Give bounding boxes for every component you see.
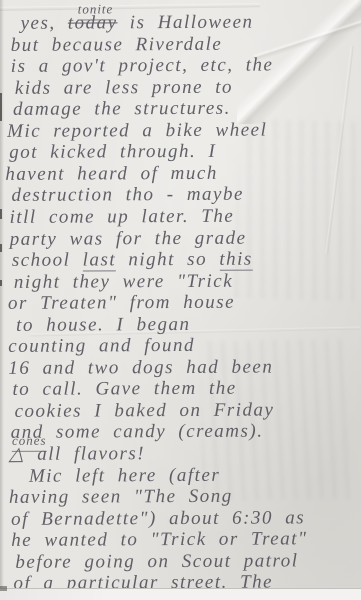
handwritten-text: night they were "Trick bbox=[14, 270, 233, 292]
handwritten-text: school bbox=[12, 250, 83, 271]
handwritten-text: to house. I began bbox=[16, 314, 190, 336]
handwritten-line: yes, todaytonite is Halloween bbox=[20, 12, 253, 34]
handwritten-line: is a gov't project, etc, the bbox=[11, 55, 274, 77]
handwritten-text: havent heard of much bbox=[5, 163, 218, 185]
handwritten-line: or Treaten" from house bbox=[8, 292, 235, 314]
handwritten-line: damage the structures. bbox=[13, 98, 231, 120]
handwritten-line: Mic left here (after bbox=[29, 464, 220, 486]
handwritten-text: got kicked through. I bbox=[9, 141, 216, 163]
handwritten-line: destruction tho - maybe bbox=[11, 184, 244, 206]
handwritten-line: before going on Scout patrol bbox=[15, 550, 298, 572]
handwritten-line: of Bernadette") about 6:30 as bbox=[11, 507, 305, 530]
handwritten-text: of Bernadette") about 6:30 as bbox=[11, 507, 305, 530]
handwritten-text: Mic reported a bike wheel bbox=[7, 119, 267, 141]
handwritten-line: school last night so this bbox=[12, 249, 253, 271]
handwritten-line: he wanted to "Trick or Treat" bbox=[11, 529, 307, 552]
handwritten-text: but because Riverdale bbox=[11, 33, 223, 55]
handwritten-line: 16 and two dogs had been bbox=[8, 356, 273, 378]
handwritten-line: to call. Gave them the bbox=[12, 378, 236, 400]
handwritten-text: having seen "The Song bbox=[9, 486, 233, 508]
paper-bottom-edge bbox=[0, 588, 361, 600]
handwritten-line: having seen "The Song bbox=[9, 486, 233, 508]
handwritten-text: to call. Gave them the bbox=[12, 378, 236, 400]
handwritten-text: night so bbox=[116, 249, 219, 271]
handwritten-line: got kicked through. I bbox=[9, 141, 216, 163]
handwritten-text: and some candy (creams). bbox=[11, 421, 264, 443]
handwritten-line: Mic reported a bike wheel bbox=[7, 119, 267, 141]
handwritten-line: but because Riverdale bbox=[11, 33, 223, 55]
handwritten-line: havent heard of much bbox=[5, 163, 218, 185]
handwritten-line: kids are less prone to bbox=[15, 76, 233, 98]
handwritten-text: todaytonite bbox=[68, 12, 118, 33]
handwritten-line: and some candy (creams). bbox=[11, 421, 264, 443]
inserted-word: tonite bbox=[78, 0, 114, 21]
handwritten-text: 16 and two dogs had been bbox=[8, 356, 273, 378]
handwritten-line: party was for the grade bbox=[10, 227, 247, 249]
handwritten-text: is a gov't project, etc, the bbox=[11, 55, 274, 77]
handwritten-line: cookies I baked on Friday bbox=[15, 399, 275, 421]
handwritten-line: counting and found bbox=[8, 335, 195, 357]
handwritten-text: counting and found bbox=[8, 335, 195, 357]
handwritten-text: △cones bbox=[9, 444, 25, 465]
handwritten-text: cookies I baked on Friday bbox=[15, 399, 275, 421]
scan-corner-mark bbox=[0, 586, 7, 591]
handwritten-line: night they were "Trick bbox=[14, 270, 233, 292]
handwritten-text: yes, bbox=[20, 13, 67, 34]
handwritten-line: △cones all flavors! bbox=[9, 443, 145, 465]
inserted-word: cones bbox=[12, 430, 47, 452]
handwritten-text: itll come up later. The bbox=[10, 206, 235, 228]
handwritten-text: party was for the grade bbox=[10, 227, 247, 249]
handwritten-text: kids are less prone to bbox=[15, 76, 233, 98]
handwritten-text: before going on Scout patrol bbox=[15, 550, 298, 572]
handwritten-text: Mic left here (after bbox=[29, 464, 220, 486]
handwritten-text: or Treaten" from house bbox=[8, 292, 235, 314]
handwritten-text: last bbox=[83, 249, 117, 271]
handwritten-text: damage the structures. bbox=[13, 98, 231, 120]
letter-body: yes, todaytonite is Halloweenbut because… bbox=[0, 0, 361, 600]
handwritten-line: itll come up later. The bbox=[10, 206, 235, 228]
letter-page: yes, todaytonite is Halloweenbut because… bbox=[0, 0, 361, 600]
handwritten-text: destruction tho - maybe bbox=[11, 184, 244, 206]
handwritten-text: he wanted to "Trick or Treat" bbox=[11, 529, 307, 552]
handwritten-text: this bbox=[219, 249, 253, 271]
handwritten-text: is Halloween bbox=[117, 12, 253, 34]
handwritten-line: to house. I began bbox=[16, 314, 190, 336]
